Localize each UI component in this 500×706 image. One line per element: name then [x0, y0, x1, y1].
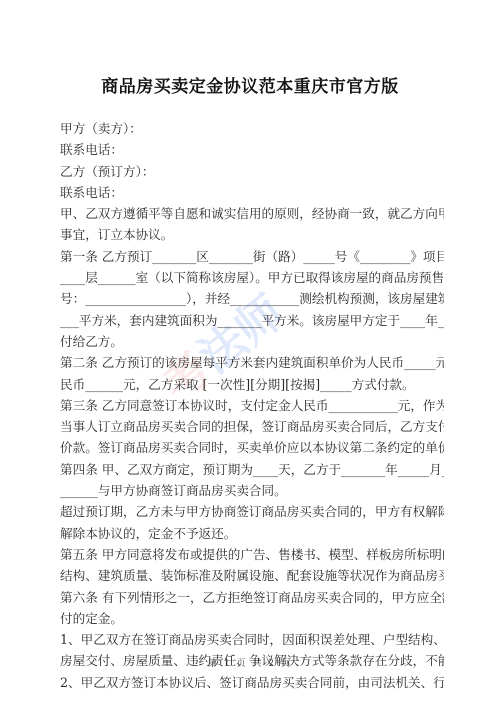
party-b-buyer: 乙方（预订方）： [60, 161, 444, 182]
article-1-line: ___平方米，套内建筑面积为_______平方米。该房屋甲方定于____年___… [60, 310, 444, 331]
article-5-line: 结构、建筑质量、装饰标准及附属设施、配套设施等状况作为商品房买卖合同的附件。 [60, 565, 444, 586]
article-4-line: 第四条 甲、乙双方商定，预订期为____天，乙方于_______年_____月_… [60, 459, 444, 480]
party-b-phone: 联系电话： [60, 182, 444, 203]
party-a-seller: 甲方（卖方）： [60, 118, 444, 139]
article-4-line: 解除本协议的，定金不予返还。 [60, 523, 444, 544]
preamble-line: 事宜，订立本协议。 [60, 224, 444, 245]
page-number-footer: 第 1 页 共 2 页 [0, 656, 500, 669]
article-4-line: 超过预订期，乙方未与甲方协商签订商品房买卖合同的，甲方有权解除本协议。甲方 [60, 501, 444, 522]
article-3-line: 当事人订立商品房买卖合同的担保，签订商品房买卖合同后，乙方支付的定金转为房 [60, 416, 444, 437]
article-2-line: 民币______元，乙方采取 [一次性][分期][按揭]_____方式付款。 [60, 374, 444, 395]
preamble-line: 甲、乙双方遵循平等自愿和诚实信用的原则，经协商一致，就乙方向甲方预订商品房 [60, 203, 444, 224]
article-4-line: ______与甲方协商签订商品房买卖合同。 [60, 480, 444, 501]
article-6-line: 第六条 有下列情形之一，乙方拒绝签订商品房买卖合同的，甲方应全额返还乙方已支 [60, 587, 444, 608]
article-2-line: 第二条 乙方预订的该房屋每平方米套内建筑面积单价为人民币_____元，总房价为人 [60, 352, 444, 373]
document-title: 商品房买卖定金协议范本重庆市官方版 [0, 72, 500, 97]
article-1-line: 号：________________），并经___________测绘机构预测，… [60, 288, 444, 309]
article-6-item-1: 1、甲乙双方在签订商品房买卖合同时，因面积误差处理、户型结构、土地使用年限、 [60, 629, 444, 650]
article-3-line: 第三条 乙方同意签订本协议时，支付定金人民币___________元，作为甲、乙… [60, 395, 444, 416]
party-a-phone: 联系电话： [60, 139, 444, 160]
article-3-line: 价款。签订商品房买卖合同时，买卖单价应以本协议第二条约定的单价为准。 [60, 437, 444, 458]
article-1-line: ____层______室（以下简称该房屋）。甲方已取得该房屋的商品房预售许可证（… [60, 267, 444, 288]
article-5-line: 第五条 甲方同意将发布或提供的广告、售楼书、模型、样板房所标明的房屋平面布局、 [60, 544, 444, 565]
article-1-line: 付给乙方。 [60, 331, 444, 352]
article-1-line: 第一条 乙方预订_______区_______街（路）_____号《______… [60, 246, 444, 267]
article-6-item-2: 2、甲乙双方签订本协议后、签订商品房买卖合同前，由司法机关、行政机关依法限制 [60, 672, 444, 693]
document-body: 甲方（卖方）： 联系电话： 乙方（预订方）： 联系电话： 甲、乙双方遵循平等自愿… [60, 118, 444, 693]
article-6-line: 付的定金。 [60, 608, 444, 629]
